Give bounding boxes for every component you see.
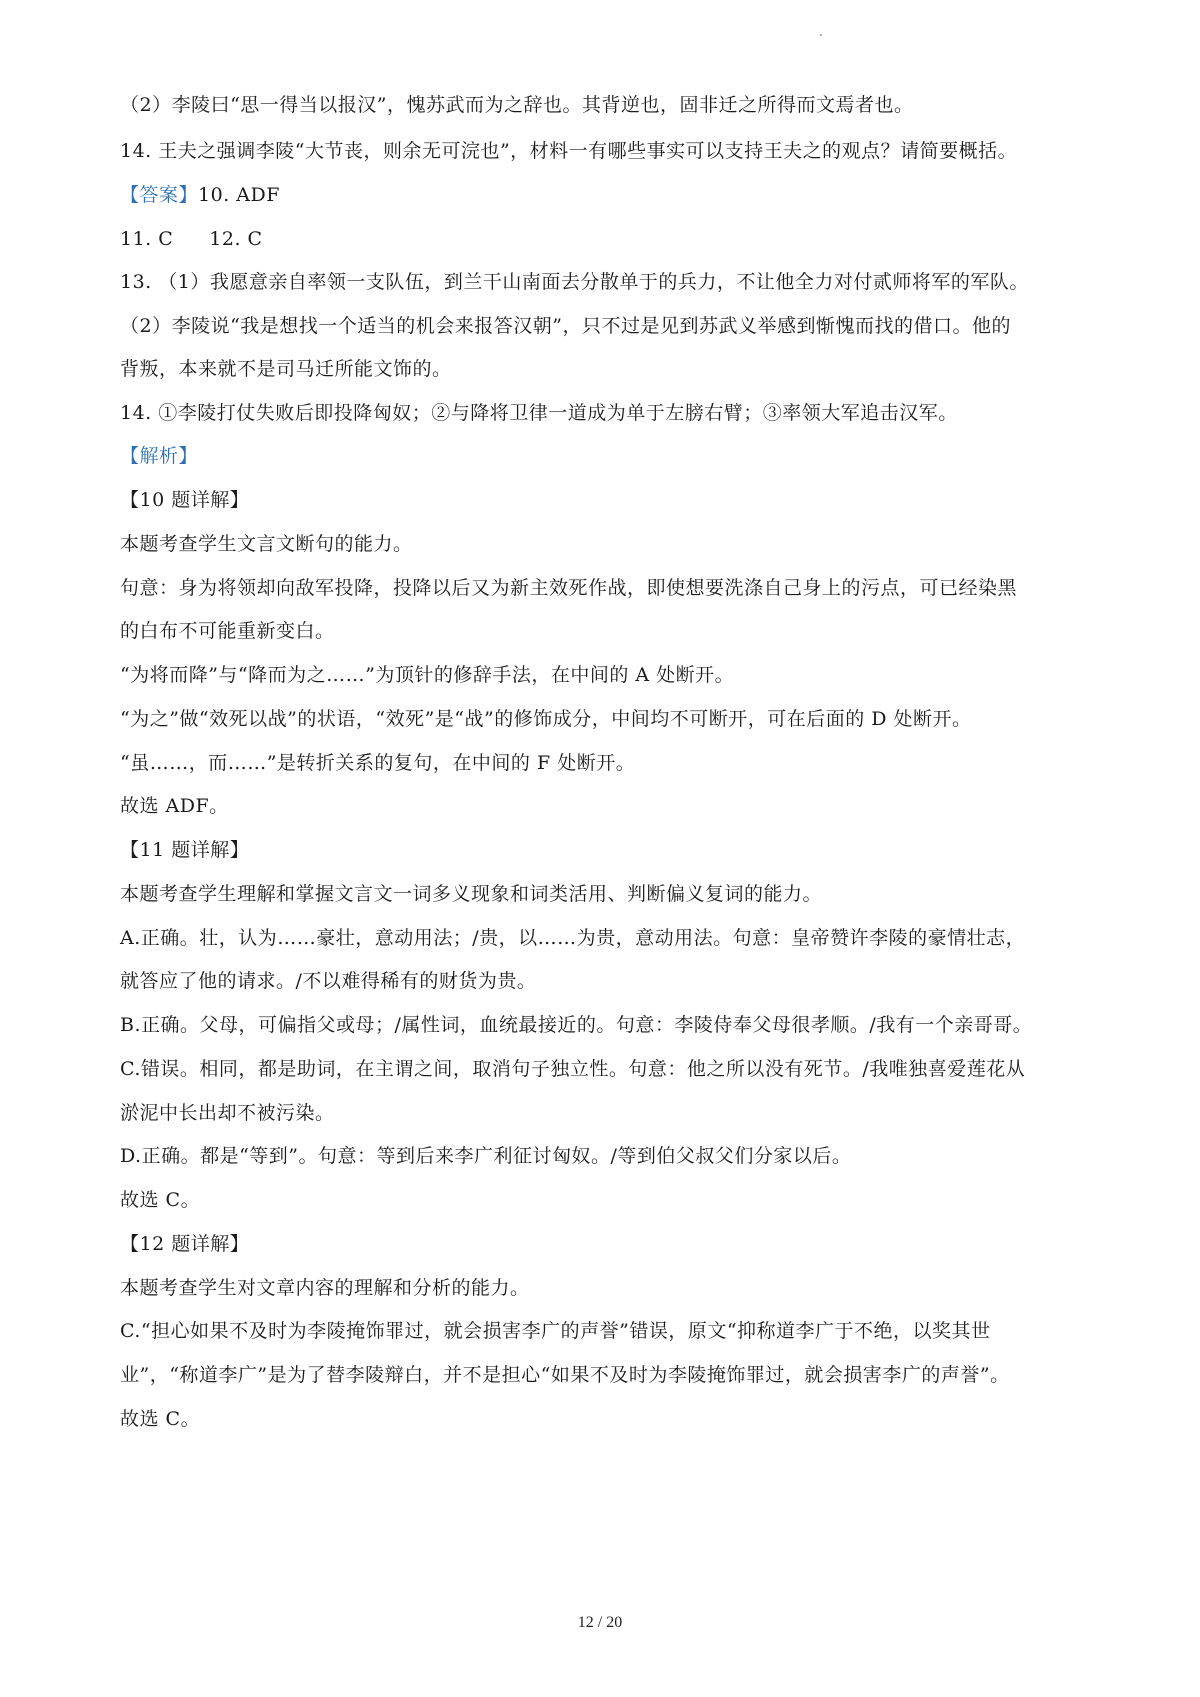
q10-point-d: “为之”做“效死以战”的状语，“效死”是“战”的修饰成分，中间均不可断开，可在后… <box>120 707 1100 731</box>
q12-option-c-line-2: 业”，“称道李广”是为了替李陵辩白，并不是担心“如果不及时为李陵掩饰罪过，就会损… <box>120 1363 1100 1387</box>
answer-13-part-1: 13. （1）我愿意亲自率领一支队伍，到兰干山南面去分散单于的兵力，不让他全力对… <box>120 270 1100 294</box>
q10-meaning-line-1: 句意：身为将领却向敌军投降，投降以后又为新主效死作战，即使想要洗涤自己身上的污点… <box>120 576 1100 600</box>
answer-14: 14. ①李陵打仗失败后即投降匈奴；②与降将卫律一道成为单于左膀右臂；③率领大军… <box>120 401 1100 425</box>
answer-13-part-2-line-2: 背叛，本来就不是司马迁所能文饰的。 <box>120 357 1100 381</box>
q10-point-a: “为将而降”与“降而为之……”为顶针的修辞手法，在中间的 A 处断开。 <box>120 663 1100 687</box>
document-page: （2）李陵曰“思一得当以报汉”，愧苏武而为之辞也。其背逆也，固非迁之所得而文焉者… <box>0 0 1200 1697</box>
q11-option-d: D.正确。都是“等到”。句意：等到后来李广利征讨匈奴。/等到伯父叔父们分家以后。 <box>120 1144 1100 1168</box>
q10-intro: 本题考查学生文言文断句的能力。 <box>120 532 1100 556</box>
analysis-label: 【解析】 <box>120 444 1100 468</box>
q11-option-a-line-2: 就答应了他的请求。/不以难得稀有的财货为贵。 <box>120 969 1100 993</box>
q10-heading: 【10 题详解】 <box>120 488 1100 512</box>
q12-heading: 【12 题详解】 <box>120 1232 1100 1256</box>
q11-conclusion: 故选 C。 <box>120 1188 1100 1212</box>
q12-conclusion: 故选 C。 <box>120 1407 1100 1431</box>
q12-intro: 本题考查学生对文章内容的理解和分析的能力。 <box>120 1276 1100 1300</box>
q10-meaning-line-2: 的白布不可能重新变白。 <box>120 619 1100 643</box>
question-13-part-2: （2）李陵曰“思一得当以报汉”，愧苏武而为之辞也。其背逆也，固非迁之所得而文焉者… <box>120 93 1100 117</box>
page-number: 12 / 20 <box>0 1614 1200 1632</box>
q11-option-c-line-1: C.错误。相同，都是助词，在主谓之间，取消句子独立性。句意：他之所以没有死节。/… <box>120 1057 1100 1081</box>
q11-option-b: B.正确。父母，可偏指父或母；/属性词，血统最接近的。句意：李陵侍奉父母很孝顺。… <box>120 1013 1100 1037</box>
scan-speck <box>820 34 822 36</box>
q11-option-c-line-2: 淤泥中长出却不被污染。 <box>120 1101 1100 1125</box>
q11-option-a-line-1: A.正确。壮，认为……豪壮，意动用法；/贵，以……为贵，意动用法。句意：皇帝赞许… <box>120 926 1100 950</box>
q12-option-c-line-1: C.“担心如果不及时为李陵掩饰罪过，就会损害李广的声誉”错误，原文“抑称道李广于… <box>120 1319 1100 1343</box>
q11-intro: 本题考查学生理解和掌握文言文一词多义现象和词类活用、判断偏义复词的能力。 <box>120 882 1100 906</box>
q11-heading: 【11 题详解】 <box>120 838 1100 862</box>
answer-12: 12. C <box>209 228 262 250</box>
answer-label: 【答案】 <box>120 184 198 206</box>
answer-row-11-12: 11. C12. C <box>120 227 1100 251</box>
answer-11: 11. C <box>120 228 173 250</box>
answer-10: 10. ADF <box>198 184 280 206</box>
q10-conclusion: 故选 ADF。 <box>120 794 1100 818</box>
answer-13-part-2-line-1: （2）李陵说“我是想找一个适当的机会来报答汉朝”，只不过是见到苏武义举感到惭愧而… <box>120 314 1100 338</box>
q10-point-f: “虽……，而……”是转折关系的复句，在中间的 F 处断开。 <box>120 751 1100 775</box>
question-14: 14. 王夫之强调李陵“大节丧，则余无可浣也”，材料一有哪些事实可以支持王夫之的… <box>120 139 1100 163</box>
answer-row-10: 【答案】10. ADF <box>120 183 1100 207</box>
